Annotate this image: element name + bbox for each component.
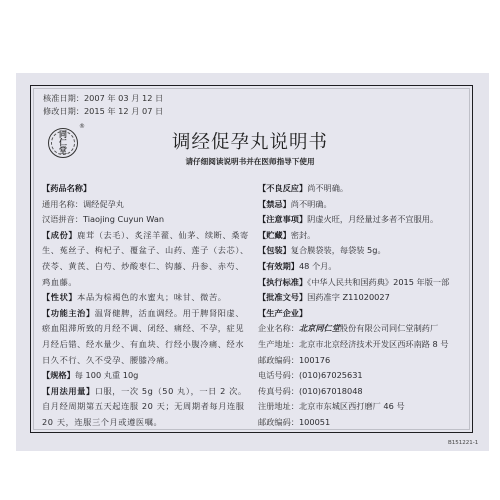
storage-row: 【贮藏】密封。 xyxy=(258,228,468,244)
precautions-row: 【注意事项】阴虚火旺，月经量过多者不宜服用。 xyxy=(258,212,468,228)
properties-row: 【性状】本品为棕褐色的水蜜丸；味甘、微苦。 xyxy=(42,290,252,306)
manufacturer-heading: 【生产企业】 xyxy=(258,306,468,322)
contraindications-heading: 【禁忌】 xyxy=(258,199,291,209)
reg-address-value: 北京市东城区西打磨厂 46 号 xyxy=(299,401,405,411)
right-column: 【不良反应】尚不明确。 【禁忌】尚不明确。 【注意事项】阴虚火旺，月经量过多者不… xyxy=(258,181,468,431)
precautions-value: 阴虚火旺，月经量过多者不宜服用。 xyxy=(307,214,438,224)
adverse-row: 【不良反应】尚不明确。 xyxy=(258,181,468,197)
reg-postcode-label: 邮政编码： xyxy=(258,417,299,427)
document-title: 调经促孕丸说明书 xyxy=(0,128,500,154)
adverse-heading: 【不良反应】 xyxy=(258,183,307,193)
left-column: 【药品名称】 通用名称：调经促孕丸 汉语拼音：Tiaojing Cuyun Wa… xyxy=(42,181,252,431)
phone-value: (010)67025631 xyxy=(299,370,363,380)
validity-value: 48 个月。 xyxy=(299,261,337,271)
fax-value: (010)67018048 xyxy=(299,386,363,396)
adverse-value: 尚不明确。 xyxy=(307,183,348,193)
pinyin-row: 汉语拼音：Tiaojing Cuyun Wan xyxy=(42,212,252,228)
generic-name-value: 调经促孕丸 xyxy=(83,199,124,209)
company-label: 企业名称： xyxy=(258,323,299,333)
address-row: 生产地址：北京市北京经济技术开发区西环南路 8 号 xyxy=(258,337,468,353)
package-heading: 【包装】 xyxy=(258,245,291,255)
reg-address-row: 注册地址：北京市东城区西打磨厂 46 号 xyxy=(258,399,468,415)
contraindications-value: 尚不明确。 xyxy=(291,199,332,209)
approval-date-label: 核准日期： xyxy=(43,93,84,103)
company-brand: 北京同仁堂 xyxy=(299,323,340,333)
document-subtitle: 请仔细阅读说明书并在医师指导下使用 xyxy=(0,156,500,167)
postcode-row: 邮政编码：100176 xyxy=(258,353,468,369)
approval-value: 国药准字 Z11020027 xyxy=(307,292,390,302)
package-row: 【包装】复合膜袋装，每袋装 5g。 xyxy=(258,243,468,259)
contraindications-row: 【禁忌】尚不明确。 xyxy=(258,197,468,213)
dosage-heading: 【用法用量】 xyxy=(42,386,95,396)
approval-row: 【批准文号】国药准字 Z11020027 xyxy=(258,290,468,306)
revision-date-label: 修改日期： xyxy=(43,106,84,116)
ingredients-heading: 【成份】 xyxy=(42,230,77,240)
specification-value: 每 100 丸重 10g xyxy=(75,370,139,380)
approval-date: 核准日期：2007 年 03 月 12 日 xyxy=(43,92,163,105)
reg-address-label: 注册地址： xyxy=(258,401,299,411)
address-label: 生产地址： xyxy=(258,339,299,349)
validity-heading: 【有效期】 xyxy=(258,261,299,271)
ingredients-row: 【成份】鹿茸（去毛）、炙淫羊藿、仙茅、续断、桑寄生、菟丝子、枸杞子、覆盆子、山药… xyxy=(42,228,252,290)
revision-date-value: 2015 年 12 月 07 日 xyxy=(84,106,163,116)
specification-heading: 【规格】 xyxy=(42,370,75,380)
fax-row: 传真号码：(010)67018048 xyxy=(258,384,468,400)
validity-row: 【有效期】48 个月。 xyxy=(258,259,468,275)
pinyin-label: 汉语拼音： xyxy=(42,214,83,224)
address-value: 北京市北京经济技术开发区西环南路 8 号 xyxy=(299,339,449,349)
standard-row: 【执行标准】《中华人民共和国药典》2015 年版一部 xyxy=(258,275,468,291)
properties-value: 本品为棕褐色的水蜜丸；味甘、微苦。 xyxy=(77,292,226,302)
fax-label: 传真号码： xyxy=(258,386,299,396)
dosage-row: 【用法用量】口服，一次 5g（50 丸），一日 2 次。自月经周期第五天起连服 … xyxy=(42,384,252,431)
reg-postcode-row: 邮政编码：100051 xyxy=(258,415,468,431)
indications-heading: 【功能主治】 xyxy=(42,308,95,318)
standard-heading: 【执行标准】 xyxy=(258,277,307,287)
pinyin-value: Tiaojing Cuyun Wan xyxy=(83,214,164,224)
drug-name-heading: 【药品名称】 xyxy=(42,181,252,197)
properties-heading: 【性状】 xyxy=(42,292,77,302)
generic-name-label: 通用名称： xyxy=(42,199,83,209)
approval-date-value: 2007 年 03 月 12 日 xyxy=(84,93,163,103)
company-row: 企业名称：北京同仁堂股份有限公司同仁堂制药厂 xyxy=(258,321,468,337)
postcode-label: 邮政编码： xyxy=(258,355,299,365)
generic-name-row: 通用名称：调经促孕丸 xyxy=(42,197,252,213)
phone-row: 电话号码：(010)67025631 xyxy=(258,368,468,384)
storage-value: 密封。 xyxy=(291,230,316,240)
print-code: B151221-1 xyxy=(448,440,478,446)
phone-label: 电话号码： xyxy=(258,370,299,380)
specification-row: 【规格】每 100 丸重 10g xyxy=(42,368,252,384)
approval-heading: 【批准文号】 xyxy=(258,292,307,302)
package-value: 复合膜袋装，每袋装 5g。 xyxy=(291,245,386,255)
dates-block: 核准日期：2007 年 03 月 12 日 修改日期：2015 年 12 月 0… xyxy=(43,92,163,118)
reg-postcode-value: 100051 xyxy=(299,417,330,427)
revision-date: 修改日期：2015 年 12 月 07 日 xyxy=(43,105,163,118)
precautions-heading: 【注意事项】 xyxy=(258,214,307,224)
company-rest: 股份有限公司同仁堂制药厂 xyxy=(340,323,438,333)
storage-heading: 【贮藏】 xyxy=(258,230,291,240)
postcode-value: 100176 xyxy=(299,355,330,365)
indications-row: 【功能主治】温肾健脾，活血调经。用于脾肾阳虚、瘀血阻滞所致的月经不调、闭经、痛经… xyxy=(42,306,252,368)
standard-value: 《中华人民共和国药典》2015 年版一部 xyxy=(307,277,449,287)
